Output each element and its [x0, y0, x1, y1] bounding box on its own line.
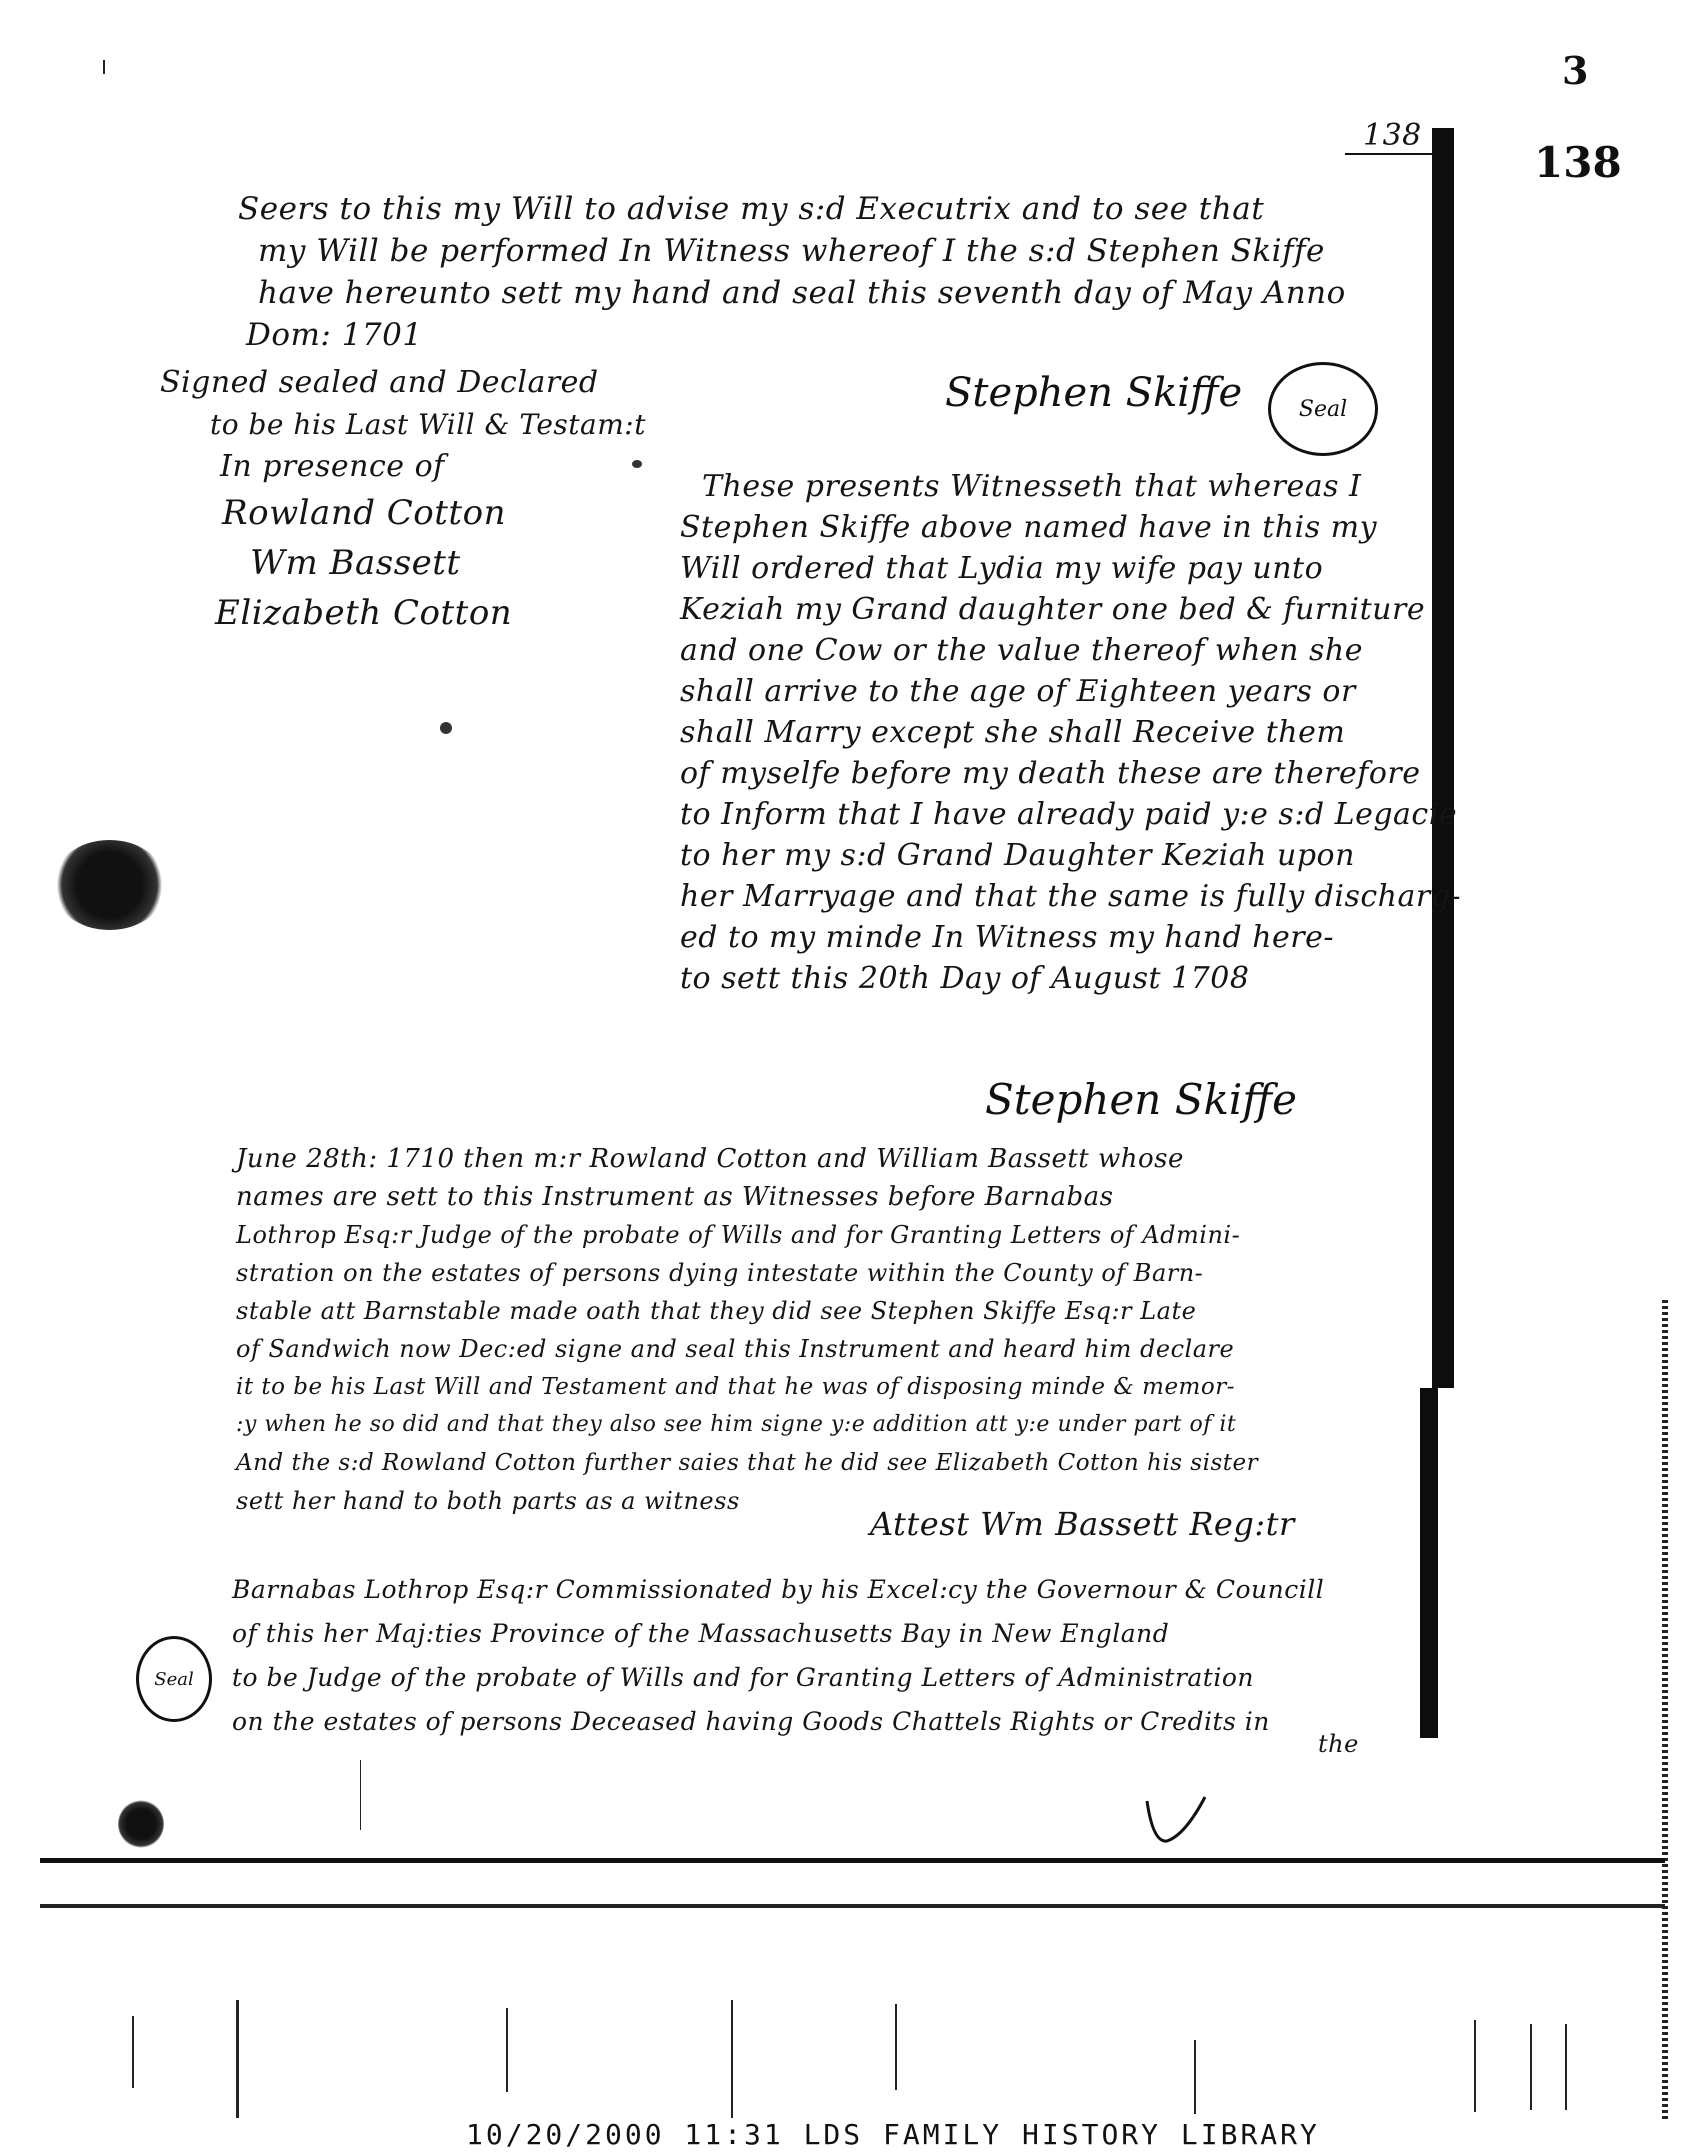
codicil-line: ed to my minde In Witness my hand here-	[680, 917, 1461, 958]
attestation-line: In presence of	[220, 446, 646, 488]
probate-line: stable att Barnstable made oath that the…	[236, 1292, 1258, 1330]
attestation-block: Signed sealed and Declared to be his Las…	[160, 362, 646, 638]
wax-seal: Seal	[1268, 362, 1378, 456]
catchword: the	[1318, 1730, 1359, 1758]
codicil-line: Stephen Skiffe above named have in this …	[680, 507, 1461, 548]
probate-line: stration on the estates of persons dying…	[236, 1254, 1258, 1292]
film-scratch	[1474, 2020, 1476, 2112]
codicil-line: to sett this 20th Day of August 1708	[680, 958, 1461, 999]
codicil-signature: Stephen Skiffe	[985, 1075, 1297, 1124]
ink-blot	[118, 1800, 164, 1848]
film-scratch	[103, 60, 105, 74]
page-number-stamp-main: 138	[1534, 138, 1622, 187]
ink-speck	[440, 722, 452, 734]
text-line: have hereunto sett my hand and seal this…	[258, 272, 1346, 314]
text-line: Dom: 1701	[246, 314, 1346, 356]
codicil-line: Keziah my Grand daughter one bed & furni…	[680, 589, 1461, 630]
film-scratch	[1565, 2024, 1567, 2110]
check-mark-icon	[1145, 1795, 1225, 1855]
commission-line: of this her Maj:ties Province of the Mas…	[232, 1612, 1324, 1656]
witness-name: Wm Bassett	[250, 538, 646, 588]
page-binding-shadow-lower	[1420, 1388, 1438, 1738]
attestation-line: Signed sealed and Declared	[160, 362, 646, 404]
probate-line: it to be his Last Will and Testament and…	[236, 1368, 1258, 1406]
witness-name: Elizabeth Cotton	[215, 588, 646, 638]
witness-name: Rowland Cotton	[222, 488, 646, 538]
probate-line: of Sandwich now Dec:ed signe and seal th…	[236, 1330, 1258, 1368]
probate-line: names are sett to this Instrument as Wit…	[236, 1178, 1258, 1216]
codicil-line: to Inform that I have already paid y:e s…	[680, 794, 1461, 835]
film-scratch	[895, 2004, 897, 2090]
film-scratch	[731, 2000, 733, 2118]
codicil-line: of myselfe before my death these are the…	[680, 753, 1461, 794]
handwritten-folio-number: 138	[1345, 118, 1432, 155]
probate-record-paragraph: June 28th: 1710 then m:r Rowland Cotton …	[236, 1140, 1258, 1520]
text-line: Seers to this my Will to advise my s:d E…	[238, 188, 1346, 230]
commission-line: on the estates of persons Deceased havin…	[232, 1700, 1324, 1744]
film-rule-upper	[40, 1858, 1665, 1863]
register-attestation: Attest Wm Bassett Reg:tr	[870, 1505, 1295, 1543]
print-footer-timestamp: 10/20/2000 11:31 LDS FAMILY HISTORY LIBR…	[466, 2118, 1320, 2151]
film-scratch	[360, 1760, 361, 1830]
codicil-line: and one Cow or the value thereof when sh…	[680, 630, 1461, 671]
page-number-stamp-top: 3	[1562, 48, 1588, 93]
commission-paragraph: Barnabas Lothrop Esq:r Commissionated by…	[232, 1568, 1324, 1744]
codicil-line: her Marryage and that the same is fully …	[680, 876, 1461, 917]
film-scratch	[1194, 2040, 1196, 2114]
testator-signature: Stephen Skiffe	[945, 370, 1242, 416]
codicil-line: These presents Witnesseth that whereas I	[702, 466, 1461, 507]
codicil-paragraph: These presents Witnesseth that whereas I…	[680, 466, 1461, 999]
film-scratch	[1530, 2024, 1532, 2110]
right-page-edge	[1662, 1300, 1668, 2120]
film-rule-lower	[40, 1904, 1665, 1908]
probate-line: Lothrop Esq:r Judge of the probate of Wi…	[236, 1216, 1258, 1254]
probate-line: :y when he so did and that they also see…	[236, 1406, 1258, 1444]
probate-line: June 28th: 1710 then m:r Rowland Cotton …	[236, 1140, 1258, 1178]
wax-seal-commission: Seal	[136, 1636, 212, 1722]
text-line: my Will be performed In Witness whereof …	[258, 230, 1346, 272]
codicil-line: to her my s:d Grand Daughter Keziah upon	[680, 835, 1461, 876]
film-scratch	[236, 2000, 239, 2118]
will-closing-paragraph: Seers to this my Will to advise my s:d E…	[238, 188, 1346, 356]
film-scratch	[132, 2016, 134, 2088]
ink-blot	[52, 840, 167, 930]
attestation-line: to be his Last Will & Testam:t	[210, 404, 646, 446]
commission-line: Barnabas Lothrop Esq:r Commissionated by…	[232, 1568, 1324, 1612]
film-scratch	[506, 2008, 508, 2092]
codicil-line: shall arrive to the age of Eighteen year…	[680, 671, 1461, 712]
codicil-line: shall Marry except she shall Receive the…	[680, 712, 1461, 753]
commission-line: to be Judge of the probate of Wills and …	[232, 1656, 1324, 1700]
probate-line: And the s:d Rowland Cotton further saies…	[236, 1444, 1258, 1482]
codicil-line: Will ordered that Lydia my wife pay unto	[680, 548, 1461, 589]
